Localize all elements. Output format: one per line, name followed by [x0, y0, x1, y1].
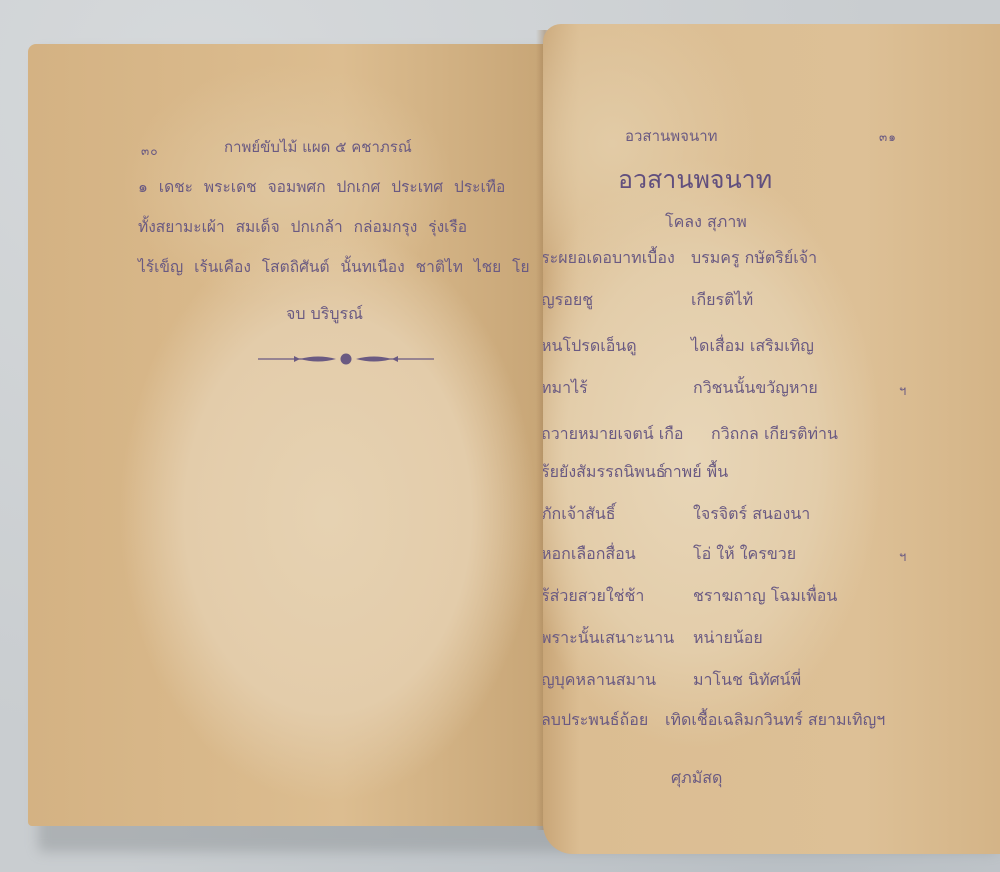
stanza-6-a: ร้ยยังสัมรรถนิพนธ์ [543, 460, 666, 485]
ornament-divider-icon [256, 352, 436, 366]
stanza-8-a: หอกเลือกสื่อน [543, 542, 636, 567]
stanza-10-b: หน่ายน้อย [693, 626, 763, 651]
stanza-5-a: ถวายหมายเจตน์ เกือ [543, 422, 684, 447]
stanza-1-b: บรมครู กษัตริย์เจ้า [691, 246, 817, 271]
verse-line-1: ๑ เดชะ พระเดช จอมพศก ปกเกศ ประเทศ ประเทื… [138, 174, 505, 199]
stanza-7-a: ภักเจ้าสันธิ์ [543, 502, 616, 527]
left-running-head: กาพย์ขับไม้ แผด ๕ คชาภรณ์ [224, 135, 412, 159]
right-page: อวสานพจนาท ๓๑ อวสานพจนาท โคลง สุภาพ ระผย… [543, 24, 1000, 854]
left-page-number: ๓๐ [141, 142, 159, 161]
stanza-4-a: ทมาไร้ [543, 376, 588, 401]
stanza-4-b: กวิชนนั้นขวัญหาย [693, 376, 818, 401]
stanza-4-marker: ฯ [899, 380, 906, 401]
verse-line-2: ทั้งสยามะเผ้า สมเด็จ ปกเกล้า กล่อมกรุง ร… [138, 214, 467, 239]
stanza-1-a: ระผยอเดอบาทเบื้อง [543, 246, 675, 271]
right-page-number: ๓๑ [879, 128, 897, 147]
stanza-2-a: ญรอยชู [543, 288, 593, 313]
stanza-7-b: ใจรจิตร์ สนองนา [693, 502, 810, 527]
stanza-11-b: มาโนช นิทัศน์พี่ [693, 668, 801, 693]
signature: ศุภมัสดุ [671, 766, 722, 791]
poem-title: อวสานพจนาท [618, 160, 772, 200]
stanza-8-marker: ฯ [899, 546, 906, 567]
stanza-12-a: ลบประพนธ์ถ้อย [543, 708, 648, 733]
stanza-2-b: เกียรติไท้ [691, 288, 753, 313]
stanza-10-a: พราะนั้นเสนาะนาน [543, 626, 674, 651]
stanza-6-b: กาพย์ พื้น [663, 460, 728, 485]
left-page: ๓๐ กาพย์ขับไม้ แผด ๕ คชาภรณ์ ๑ เดชะ พระเ… [28, 44, 550, 826]
verse-line-3: ไร้เข็ญ เร้นเคือง โสตถิศันต์ นั้นทเนือง … [138, 254, 530, 279]
end-text: จบ บริบูรณ์ [286, 302, 363, 327]
stanza-3-a: หนโปรดเอ็นดู [543, 334, 637, 359]
stanza-11-a: ญบุคหลานสมาน [543, 668, 656, 693]
right-running-head: อวสานพจนาท [625, 124, 718, 148]
stanza-3-b: ไดเสื่อม เสริมเทิญ [691, 334, 814, 359]
stanza-8-b: โอ่ ให้ ใครขวย [693, 542, 796, 567]
poem-form: โคลง สุภาพ [665, 210, 747, 235]
stanza-5-b: กวิถกล เกียรติท่าน [711, 422, 838, 447]
stanza-9-a: ร้ส่วยสวยใช่ช้า [543, 584, 644, 609]
stanza-12-b: เทิดเชื้อเฉลิมกวินทร์ สยามเทิญฯ [665, 708, 885, 733]
stanza-9-b: ชราฆถาญ โฉมเพื่อน [693, 584, 837, 609]
